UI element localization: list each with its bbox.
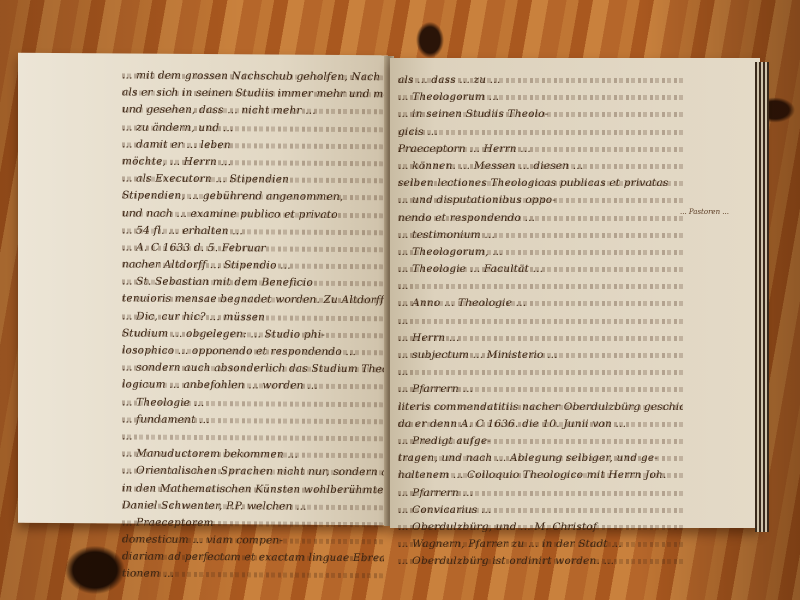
manuscript-line: ... — [398, 278, 683, 295]
left-page-handwriting: ... mit dem grossen Nachschub geholfen, … — [122, 67, 384, 584]
manuscript-line: ... Oberdulzbürg ist ordinirt worden. ..… — [398, 553, 683, 570]
manuscript-line: ... können. ... Messen ... diesen ... — [398, 158, 683, 175]
manuscript-line: ... zu ändern, und ... — [122, 119, 384, 138]
manuscript-line: ... Herrn ... — [398, 330, 683, 347]
manuscript-line: ... Theologorum ... — [398, 89, 683, 106]
manuscript-line: Stipendien, ... gebührend angenommen, — [122, 188, 384, 207]
manuscript-line: und gesehen, dass ... nicht mehr ... — [122, 102, 384, 121]
manuscript-line: tenuioris mensae begnadet worden. Zu Alt… — [122, 291, 384, 310]
manuscript-line: ... — [398, 364, 683, 381]
manuscript-line: als er sich in seinen Studiis immer mehr… — [122, 85, 384, 104]
manuscript-line: ... als Executorn ... Stipendien — [122, 171, 384, 190]
manuscript-line: ... und disputationibus oppo- — [398, 192, 683, 209]
manuscript-line: ... St. Sebastian mit dem Beneficio — [122, 274, 384, 293]
open-manuscript: ... mit dem grossen Nachschub geholfen, … — [10, 54, 780, 534]
manuscript-line: ... — [122, 428, 384, 447]
manuscript-line: ... damit er ... leben — [122, 136, 384, 155]
manuscript-line: nacher Altdorff ... Stipendio ... — [122, 256, 384, 275]
right-page: als ... dass ... zu ... ... Theologorum … — [390, 58, 760, 528]
manuscript-line: ... mit dem grossen Nachschub geholfen, … — [122, 67, 384, 86]
manuscript-line: ... — [398, 313, 683, 330]
manuscript-line: gicis ... — [398, 124, 683, 141]
manuscript-line: losophico ... opponendo et respondendo .… — [122, 342, 384, 361]
manuscript-line: Praeceptorn ... Herrn ... — [398, 141, 683, 158]
manuscript-line: logicum ... anbefohlen ... worden ... — [122, 377, 384, 396]
page-stack-edge — [755, 62, 769, 532]
manuscript-line: ... sondern auch absonderlich das Studiu… — [122, 360, 384, 379]
right-page-handwriting: als ... dass ... zu ... ... Theologorum … — [398, 72, 683, 570]
manuscript-line: in den Mathematischen Künsten wohlberühm… — [122, 480, 384, 499]
margin-note: ... Pastoren ... — [680, 208, 750, 217]
manuscript-line: ... subjectum ... Ministerio ... — [398, 347, 683, 364]
manuscript-line: ... fundament ... — [122, 411, 384, 430]
manuscript-line: literis commendatitiis nacher Oberdulzbü… — [398, 399, 683, 416]
manuscript-line: ... testimonium ... — [398, 227, 683, 244]
manuscript-line: ... Theologie ... Facultät ... — [398, 261, 683, 278]
manuscript-line: ... Wagnern, Pfarrer zu ... in der Stadt… — [398, 536, 683, 553]
manuscript-line: ... Convicarius ... — [398, 502, 683, 519]
manuscript-line: ... Oberdulzbürg, und ... M. Christof — [398, 519, 683, 536]
manuscript-line: möchte, ... Herrn ... — [122, 153, 384, 172]
manuscript-line: als ... dass ... zu ... — [398, 72, 683, 89]
manuscript-line: ... Theologie ... — [122, 394, 384, 413]
manuscript-line: und nach ... examine publico et privato — [122, 205, 384, 224]
manuscript-line: ... Pfarrern ... — [398, 485, 683, 502]
manuscript-line: diariam ad perfectam et exactam linguae … — [122, 549, 384, 568]
manuscript-line: ... Anno ... Theologie ... — [398, 295, 683, 312]
manuscript-line: ... 54 fl. ... erhalten ... — [122, 222, 384, 241]
manuscript-line: ... Theologorum, ... — [398, 244, 683, 261]
manuscript-line: haltenem ... Colloquio Theologico mit He… — [398, 467, 683, 484]
manuscript-line: ... Orientalischen Sprachen nicht nur, s… — [122, 463, 384, 482]
manuscript-line: ... in seinen Studiis Theolo- — [398, 106, 683, 123]
manuscript-line: selben lectiones Theologicas publicas et… — [398, 175, 683, 192]
manuscript-line: Studium ... obgelegen: ... Studio phi- — [122, 325, 384, 344]
manuscript-line: ... Pfarrern ... — [398, 381, 683, 398]
manuscript-line: da er denn A. C 1636. die 10. Junii von … — [398, 416, 683, 433]
left-page: ... mit dem grossen Nachschub geholfen, … — [18, 53, 388, 526]
manuscript-line: tragen, und nach ... Ablegung selbiger, … — [398, 450, 683, 467]
manuscript-line: ... A. C 1633 d. 5. Februar — [122, 239, 384, 258]
manuscript-line: ... Manuductorem bekommen ... — [122, 446, 384, 465]
manuscript-line: nendo et respondendo ... — [398, 210, 683, 227]
manuscript-line: ... Praeceptorem — [122, 514, 384, 533]
manuscript-line: tionem ... — [122, 566, 384, 585]
manuscript-line: domesticum ... viam compen- — [122, 531, 384, 550]
manuscript-line: ... Predigt aufge- — [398, 433, 683, 450]
manuscript-line: Daniel Schwenter, P.P. welchen ... — [122, 497, 384, 516]
manuscript-line: ... Dic, cur hic? ... müssen — [122, 308, 384, 327]
